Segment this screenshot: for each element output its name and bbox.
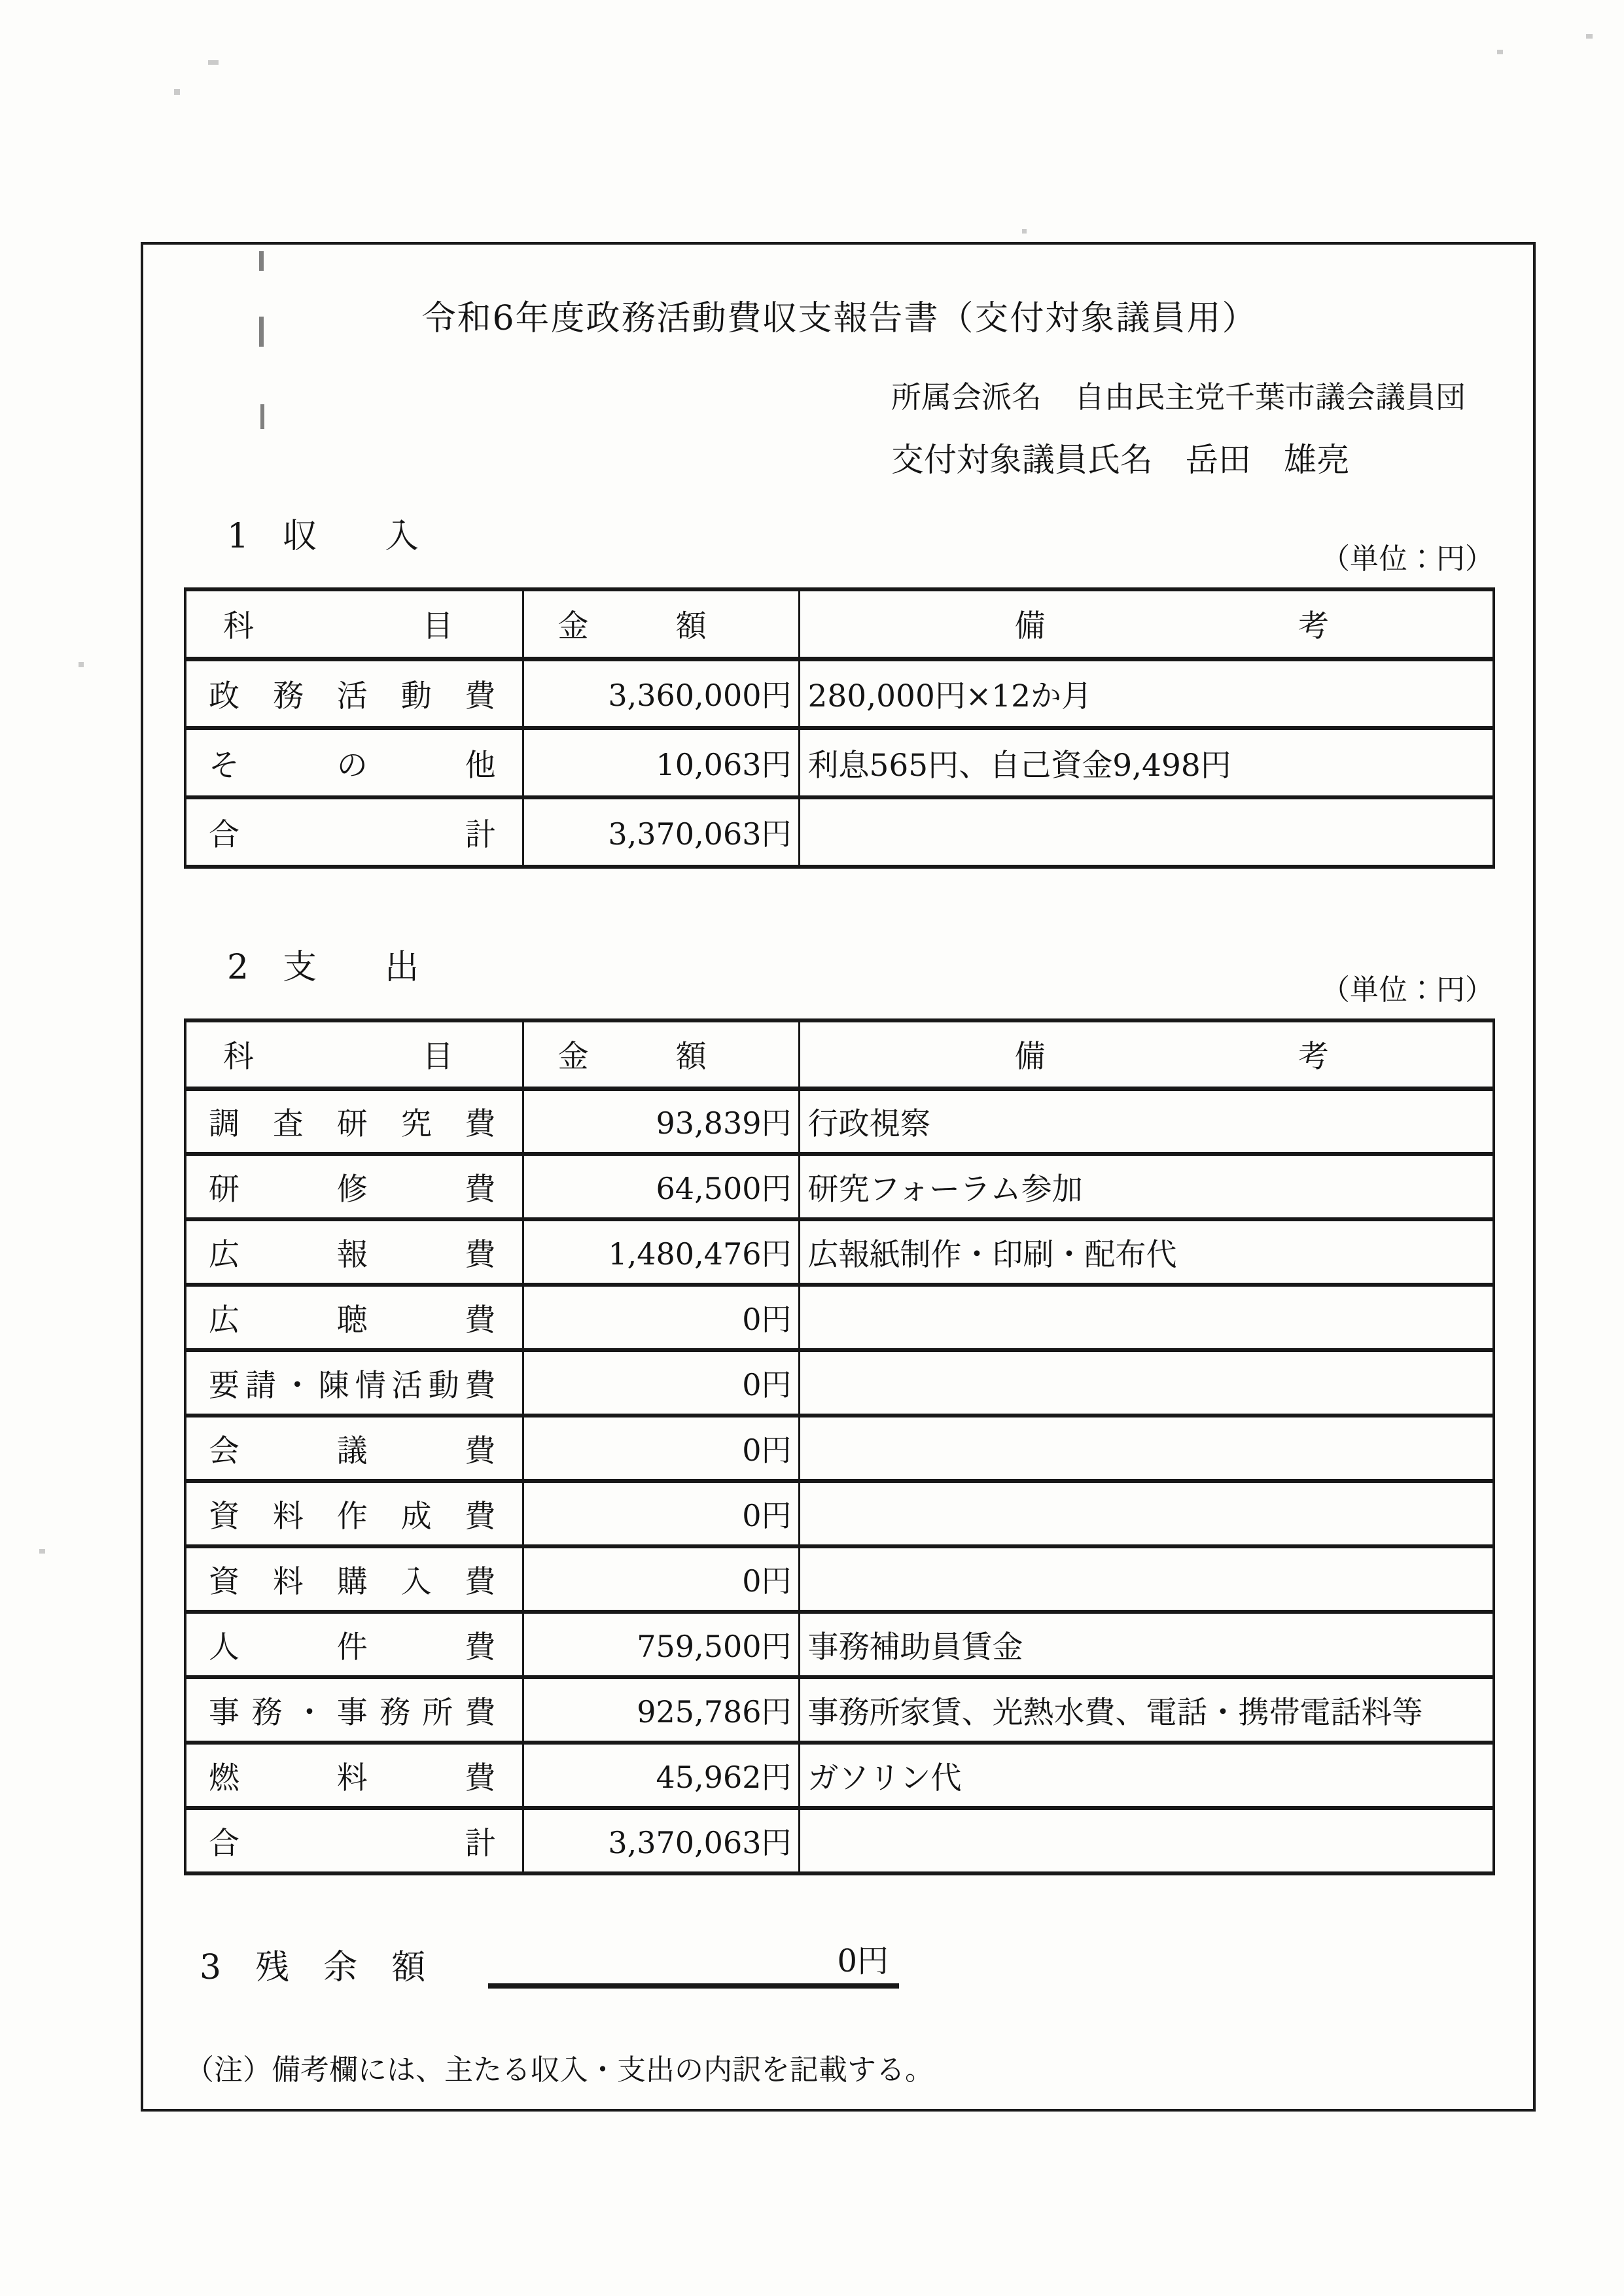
income-col-amount: 金額 [523,589,799,659]
amount-cell: 3,370,063円 [523,797,799,867]
scan-speckle [1497,50,1503,54]
expense-heading: 2 支 出 [227,939,419,988]
table-row: 人件費 759,500円 事務補助員賃金 [185,1612,1494,1677]
table-row: 広聴費 0円 [185,1285,1494,1350]
table-row: 政務活動費 3,360,000円 280,000円×12か月 [185,659,1494,728]
amount-cell: 0円 [523,1416,799,1481]
expense-section-header: 2 支 出 （単位：円） [184,939,1495,988]
scan-speckle [79,662,84,667]
table-row: 事務・事務所費 925,786円 事務所家賃、光熱水費、電話・携帯電話料等 [185,1677,1494,1743]
amount-cell: 759,500円 [523,1612,799,1677]
scan-speckle [259,251,264,271]
scan-speckle [1586,34,1593,39]
affiliation-line: 所属会派名自由民主党千葉市議会議員団 [891,374,1495,417]
balance-section: 3 残 余 額 0円 [200,1936,1495,1989]
item-cell: 事務・事務所費 [185,1677,523,1743]
amount-cell: 0円 [523,1285,799,1350]
table-row: 資料購入費 0円 [185,1546,1494,1612]
amount-cell: 3,360,000円 [523,659,799,728]
income-table: 科目 金額 備考 政務活動費 3,360,000円 280,000円×12か月 … [184,587,1495,869]
report-header-info: 所属会派名自由民主党千葉市議会議員団 交付対象議員氏名岳田 雄亮 [891,374,1495,481]
expense-col-remark: 備考 [799,1020,1494,1088]
item-cell: 広報費 [185,1219,523,1285]
expense-table: 科目 金額 備考 調査研究費 93,839円 行政視察 研修費 64,500円 … [184,1018,1495,1875]
amount-cell: 45,962円 [523,1743,799,1808]
item-cell: 合計 [185,1808,523,1873]
scan-speckle [1022,229,1027,234]
remark-cell: 事務所家賃、光熱水費、電話・携帯電話料等 [799,1677,1494,1743]
amount-cell: 0円 [523,1481,799,1546]
income-section-header: 1 収 入 （単位：円） [184,508,1495,557]
member-line: 交付対象議員氏名岳田 雄亮 [891,434,1495,481]
income-header-row: 科目 金額 備考 [185,589,1494,659]
footnote: （注）備考欄には、主たる収入・支出の内訳を記載する。 [185,2046,1495,2088]
remark-cell: 研究フォーラム参加 [799,1154,1494,1219]
income-col-item: 科目 [185,589,523,659]
scan-speckle [174,89,180,95]
income-unit-label: （単位：円） [1321,535,1494,577]
remark-cell [799,1285,1494,1350]
remark-cell [799,1350,1494,1416]
expense-col-item: 科目 [185,1020,523,1088]
table-row: 要請・陳情活動費 0円 [185,1350,1494,1416]
item-cell: 資料購入費 [185,1546,523,1612]
amount-cell: 1,480,476円 [523,1219,799,1285]
amount-cell: 0円 [523,1350,799,1416]
income-col-remark: 備考 [799,589,1494,659]
item-cell: 合計 [185,797,523,867]
table-row: 研修費 64,500円 研究フォーラム参加 [185,1154,1494,1219]
table-row: その他 10,063円 利息565円、自己資金9,498円 [185,728,1494,797]
item-cell: 政務活動費 [185,659,523,728]
item-cell: 広聴費 [185,1285,523,1350]
remark-cell: 利息565円、自己資金9,498円 [799,728,1494,797]
balance-underline: 0円 [488,1936,899,1989]
scan-speckle [260,404,264,429]
report-form-border: 令和6年度政務活動費収支報告書（交付対象議員用） 所属会派名自由民主党千葉市議会… [141,242,1536,2112]
remark-cell: 行政視察 [799,1088,1494,1154]
table-row: 合計 3,370,063円 [185,797,1494,867]
item-cell: 人件費 [185,1612,523,1677]
remark-cell: 280,000円×12か月 [799,659,1494,728]
scan-speckle [39,1549,45,1554]
item-cell: 調査研究費 [185,1088,523,1154]
item-cell: 研修費 [185,1154,523,1219]
remark-cell: 事務補助員賃金 [799,1612,1494,1677]
amount-cell: 3,370,063円 [523,1808,799,1873]
table-row: 調査研究費 93,839円 行政視察 [185,1088,1494,1154]
expense-col-amount: 金額 [523,1020,799,1088]
expense-header-row: 科目 金額 備考 [185,1020,1494,1088]
affiliation-label: 所属会派名 [891,379,1042,415]
item-cell: 燃料費 [185,1743,523,1808]
member-label: 交付対象議員氏名 [891,441,1153,479]
remark-cell [799,1416,1494,1481]
member-value: 岳田 雄亮 [1186,441,1349,479]
amount-cell: 93,839円 [523,1088,799,1154]
table-row: 燃料費 45,962円 ガソリン代 [185,1743,1494,1808]
remark-cell [799,797,1494,867]
remark-cell: ガソリン代 [799,1743,1494,1808]
item-cell: その他 [185,728,523,797]
remark-cell [799,1481,1494,1546]
table-row: 合計 3,370,063円 [185,1808,1494,1873]
balance-heading: 3 残 余 額 [200,1939,425,1989]
table-row: 会議費 0円 [185,1416,1494,1481]
item-cell: 要請・陳情活動費 [185,1350,523,1416]
table-row: 広報費 1,480,476円 広報紙制作・印刷・配布代 [185,1219,1494,1285]
scanned-page: 令和6年度政務活動費収支報告書（交付対象議員用） 所属会派名自由民主党千葉市議会… [0,0,1624,2296]
document-title: 令和6年度政務活動費収支報告書（交付対象議員用） [184,290,1495,339]
remark-cell: 広報紙制作・印刷・配布代 [799,1219,1494,1285]
amount-cell: 925,786円 [523,1677,799,1743]
balance-amount: 0円 [838,1936,889,1981]
expense-unit-label: （単位：円） [1321,966,1494,1008]
income-heading: 1 収 入 [227,508,419,557]
table-row: 資料作成費 0円 [185,1481,1494,1546]
amount-cell: 0円 [523,1546,799,1612]
scan-speckle [259,317,264,347]
item-cell: 資料作成費 [185,1481,523,1546]
remark-cell [799,1808,1494,1873]
amount-cell: 64,500円 [523,1154,799,1219]
amount-cell: 10,063円 [523,728,799,797]
affiliation-value: 自由民主党千葉市議会議員団 [1074,379,1466,415]
scan-speckle [208,60,219,65]
remark-cell [799,1546,1494,1612]
item-cell: 会議費 [185,1416,523,1481]
